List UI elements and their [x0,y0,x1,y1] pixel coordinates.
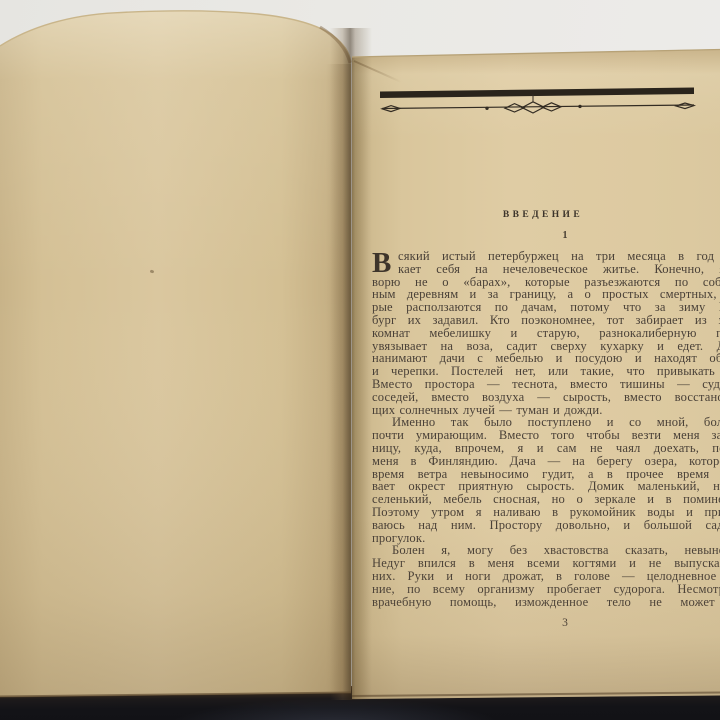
text-line: сякий истый петербуржец на три месяца в … [372,250,720,263]
text-line: них. Руки и ноги дрожат, в голове — цело… [372,570,720,583]
text-line: кает себя на нечеловеческое житье. Конеч… [372,263,720,276]
right-page: ВВЕДЕНИЕ 1 В сякий истый петербуржец на … [352,48,720,700]
text-line: Вместо простора — теснота, вместо тишины… [372,378,720,391]
page-number: 3 [373,617,720,629]
text-line: ницу, куда, впрочем, я и сам не чаял дое… [372,442,720,455]
text-line: бург их задавил. Кто поэкономнее, тот за… [372,314,720,327]
chapter-heading: ВВЕДЕНИЕ [363,210,720,220]
text-line: врачебную помощь, изможденное тело не мо… [372,596,720,609]
drop-cap: В [372,250,392,276]
text-line: Недуг впился в меня всеми когтями и не в… [372,557,720,570]
text-line: Поэтому утром я наливаю в рукомойник вод… [372,506,720,519]
left-page [0,0,360,720]
text-line: ваюсь над ним. Простору довольно, и боль… [372,519,720,532]
text-line: ние, по всему организму пробегает судоро… [372,583,720,596]
text-line: комнат мебелишку и старую, разнокалиберн… [372,327,720,340]
text-line: соседей, вместо воздуха — сырость, вмест… [372,391,720,404]
section-number: 1 [373,230,720,241]
text-line: меня в Финляндию. Дача — на берегу озера… [372,455,720,468]
book-gutter [330,28,372,700]
body-text: В сякий истый петербуржец на три месяца … [372,250,720,608]
book-photograph: ВВЕДЕНИЕ 1 В сякий истый петербуржец на … [0,0,720,720]
